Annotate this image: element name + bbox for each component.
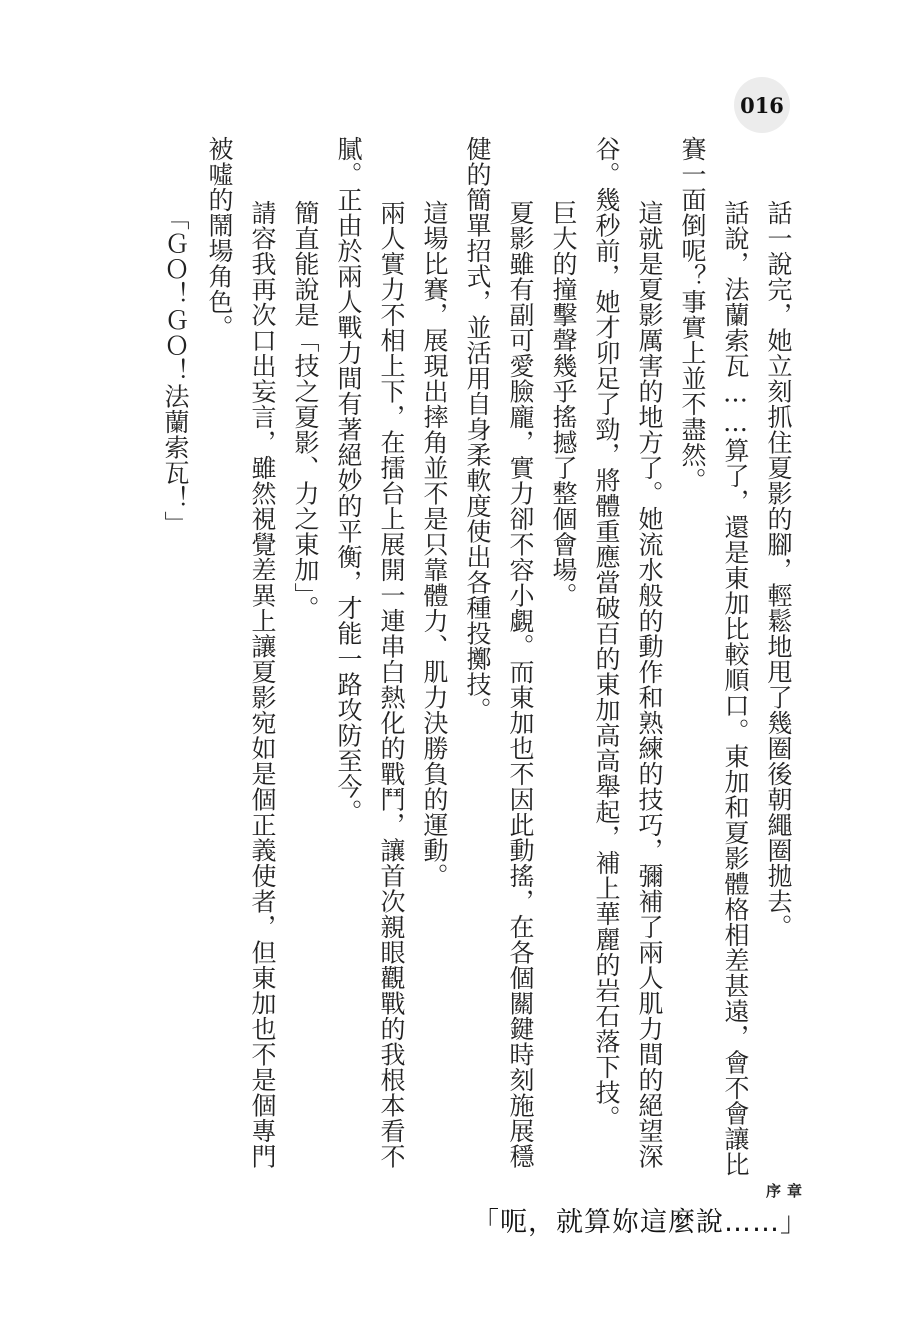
text-column: 話說，法蘭索瓦……算了，還是東加比較順口。東加和夏影體格相差甚遠，會不會讓比 — [720, 200, 750, 1177]
text-column: 這就是夏影厲害的地方了。她流水般的動作和熟練的技巧，彌補了兩人肌力間的絕望深 — [634, 200, 664, 1169]
text-column: 膩。正由於兩人戰力間有著絕妙的平衡，才能一路攻防至今。 — [333, 136, 363, 825]
text-column: 被噓的鬧場角色。 — [204, 136, 234, 340]
text-column: 簡直能說是「技之夏影、力之東加」。 — [290, 200, 320, 621]
page-number-badge: 016 — [734, 77, 790, 133]
text-column: 請容我再次口出妄言，雖然視覺差異上讓夏影宛如是個正義使者，但東加也不是個專門 — [247, 200, 277, 1169]
text-column: 這場比賽，展現出摔角並不是只靠體力、肌力決勝負的運動。 — [419, 200, 449, 889]
chapter-label: 序章 — [766, 1180, 808, 1201]
text-column: 谷。幾秒前，她才卯足了勁，將體重應當破百的東加高高舉起，補上華麗的岩石落下技。 — [591, 136, 621, 1131]
text-column: 夏影雖有副可愛臉龐，實力卻不容小覷。而東加也不因此動搖，在各個關鍵時刻施展穩 — [505, 200, 535, 1169]
text-column: 賽一面倒呢？事實上並不盡然。 — [677, 136, 707, 493]
text-column: 巨大的撞擊聲幾乎搖撼了整個會場。 — [548, 200, 578, 608]
text-column: 兩人實力不相上下，在擂台上展開一連串白熱化的戰鬥，讓首次親眼觀戰的我根本看不 — [376, 200, 406, 1169]
text-column: 健的簡單招式，並活用自身柔軟度使出各種投擲技。 — [462, 136, 492, 723]
text-column-dialogue: 「ＧＯ！ＧＯ！法蘭索瓦！」 — [160, 205, 190, 537]
page-number: 016 — [740, 93, 784, 118]
next-page-preview-line: 「呃，就算妳這麼說……」 — [472, 1200, 808, 1239]
text-column: 話一說完，她立刻抓住夏影的腳，輕鬆地甩了幾圈後朝繩圈拋去。 — [763, 200, 793, 940]
